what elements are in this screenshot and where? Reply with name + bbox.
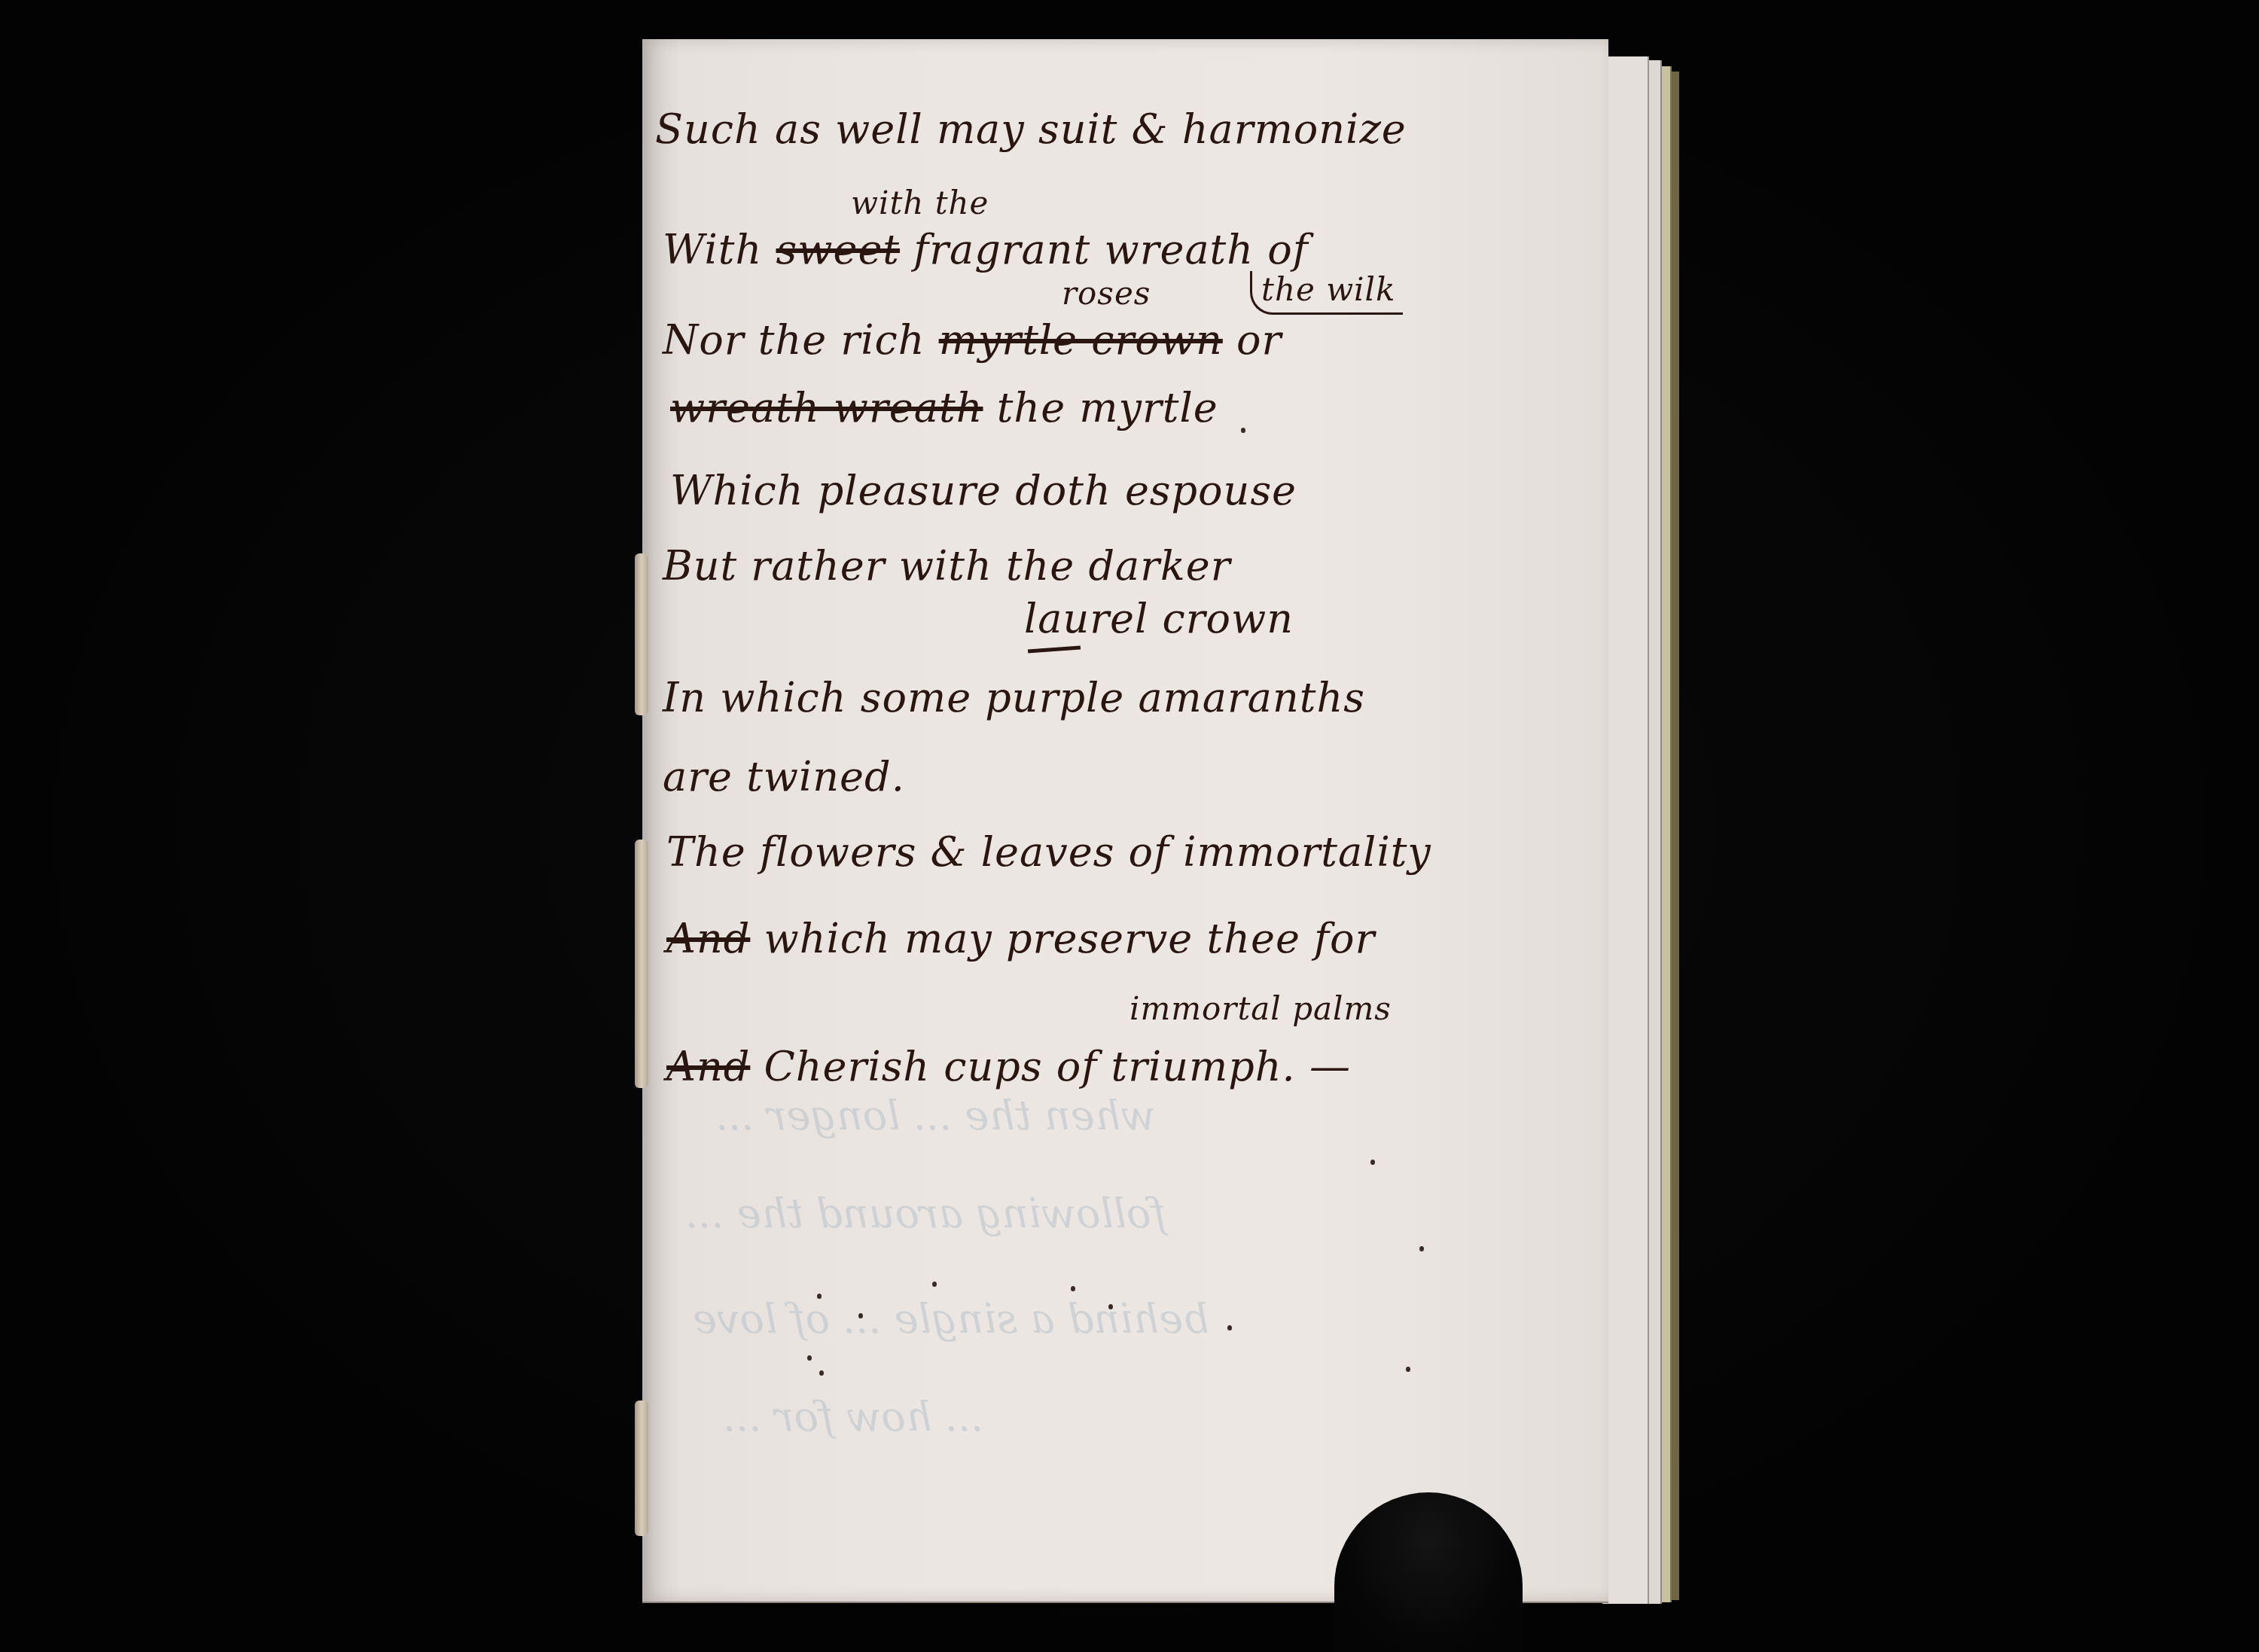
struck-word: wreath wreath	[670, 384, 983, 431]
ink-speck	[817, 1294, 822, 1299]
manuscript-line: are twined.	[663, 753, 905, 800]
interlinear-insertion: laurel crown	[1024, 595, 1294, 642]
ink-speck	[1227, 1325, 1232, 1330]
ink-speck	[1419, 1246, 1424, 1251]
line-text: fragrant wreath of	[913, 226, 1309, 273]
manuscript-line: Such as well may suit & harmonize	[655, 105, 1407, 153]
manuscript-line: Nor the rich myrtle crown or	[663, 316, 1282, 364]
manuscript-line: In which some purple amaranths	[663, 674, 1365, 721]
ink-speck	[858, 1313, 863, 1318]
binding-thread	[635, 840, 648, 1088]
line-text: the myrtle	[997, 384, 1218, 431]
ink-speck	[1108, 1304, 1113, 1309]
binding-thread	[635, 1401, 648, 1536]
dark-background: when the ... longer ... following around…	[0, 0, 2259, 1652]
ink-speck	[1071, 1286, 1075, 1291]
ink-speck	[1241, 428, 1245, 433]
bleed-through-text: ... how for ...	[723, 1393, 983, 1440]
manuscript-line: wreath wreath the myrtle	[670, 384, 1218, 431]
struck-word: myrtle crown	[939, 316, 1223, 364]
interlinear-insertion: immortal palms	[1129, 990, 1392, 1027]
interlinear-insertion: roses	[1062, 275, 1151, 312]
binding-thread	[635, 553, 648, 715]
line-text: which may preserve thee for	[764, 915, 1376, 962]
manuscript-line: With sweet fragrant wreath of	[663, 226, 1309, 273]
line-prefix: With	[663, 226, 762, 273]
ink-speck	[1370, 1160, 1375, 1165]
struck-word: sweet	[776, 226, 900, 273]
ink-speck	[1406, 1367, 1410, 1372]
manuscript-line: But rather with the darker	[663, 542, 1231, 590]
line-text: Cherish cups of triumph. —	[764, 1043, 1351, 1090]
struck-word: And	[666, 915, 750, 962]
manuscript-line: And Cherish cups of triumph. —	[666, 1043, 1351, 1090]
interlinear-insertion: with the	[851, 184, 989, 221]
manuscript-line: The flowers & leaves of immortality	[666, 828, 1431, 876]
interlinear-insertion: the wilk	[1250, 271, 1403, 315]
ink-speck	[819, 1370, 824, 1376]
line-prefix: Nor the rich	[663, 316, 925, 364]
bleed-through-text: following around the ...	[685, 1190, 1166, 1237]
manuscript-page	[642, 39, 1608, 1603]
ink-speck	[807, 1355, 812, 1361]
manuscript-line: And which may preserve thee for	[666, 915, 1375, 962]
manuscript-line: Which pleasure doth espouse	[670, 467, 1297, 514]
bleed-through-text: behind a single ... of love	[693, 1295, 1209, 1343]
ink-speck	[932, 1282, 937, 1287]
struck-word: And	[666, 1043, 750, 1090]
page-stack-edge	[1602, 56, 1649, 1604]
line-text: or	[1236, 316, 1282, 364]
bleed-through-text: when the ... longer ...	[715, 1092, 1156, 1139]
